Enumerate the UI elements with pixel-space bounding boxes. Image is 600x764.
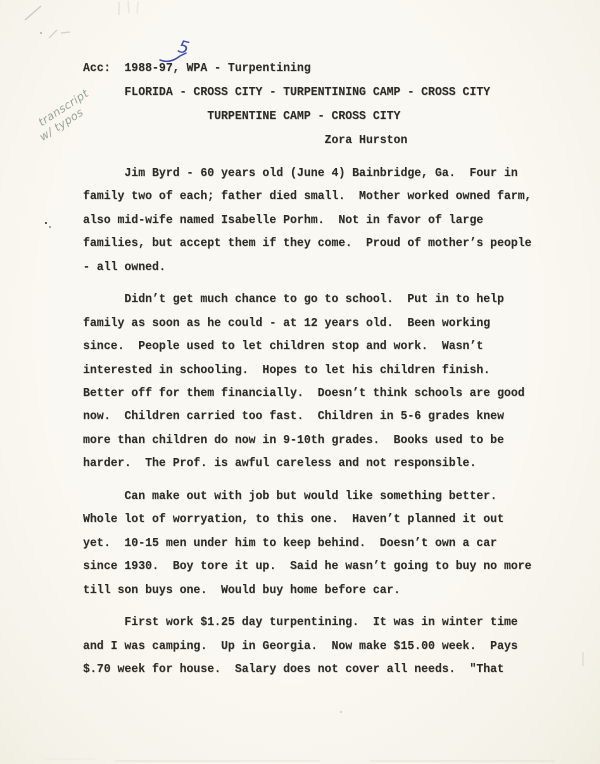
paragraph-1: Jim Byrd - 60 years old (June 4) Bainbri… <box>83 162 532 279</box>
paragraph-4: First work $1.25 day turpentining. It wa… <box>83 611 532 681</box>
paragraph-2: Didn’t get much chance to go to school. … <box>83 288 532 475</box>
scan-artifacts-icon <box>0 700 600 764</box>
ink-speckles-icon <box>40 218 60 234</box>
document-header: Acc: 1988-97, WPA - Turpentining FLORIDA… <box>83 57 490 153</box>
edge-artifact-icon <box>578 650 588 670</box>
document-page: transcript w/ typos 5 Acc: 1988-97, WPA … <box>0 0 600 764</box>
pencil-marks-icon <box>0 0 170 50</box>
document-body: Jim Byrd - 60 years old (June 4) Bainbri… <box>83 162 532 681</box>
paragraph-3: Can make out with job but would like som… <box>83 485 532 602</box>
